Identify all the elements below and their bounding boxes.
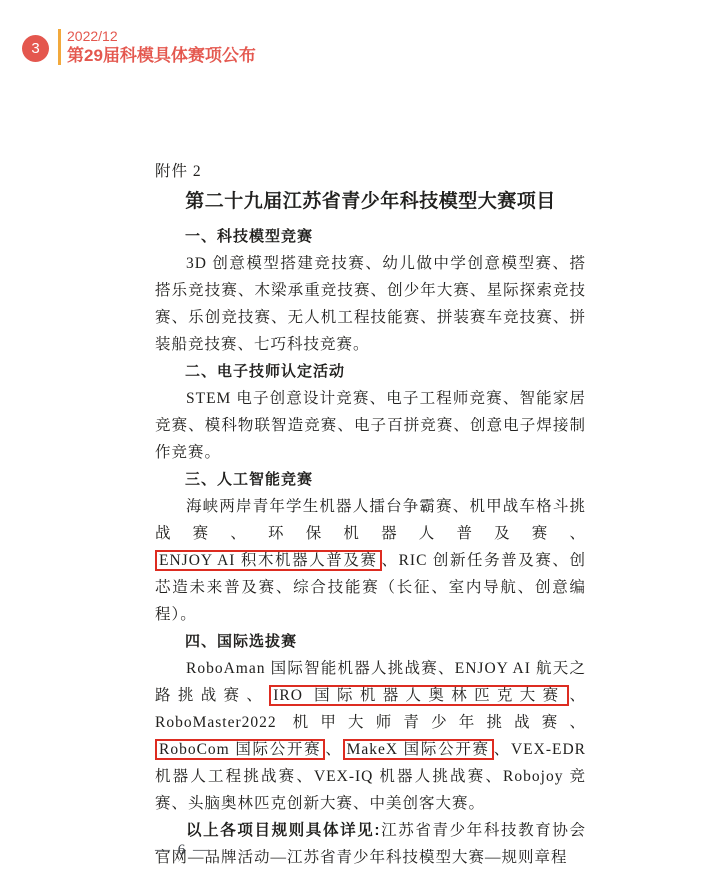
highlight-box: MakeX 国际公开赛 [343, 739, 494, 760]
section-heading: 二、电子技师认定活动 [155, 358, 586, 385]
item-number-badge: 3 [22, 35, 49, 62]
document-sections: 一、科技模型竞赛3D 创意模型搭建竞技赛、幼儿做中学创意模型赛、搭搭乐竞技赛、木… [155, 223, 586, 817]
paragraph-text: 、 [325, 741, 342, 758]
attachment-label: 附件 2 [155, 158, 586, 185]
paragraph-text: STEM 电子创意设计竞赛、电子工程师竞赛、智能家居竞赛、模科物联智造竞赛、电子… [155, 390, 586, 461]
rules-note-paragraph: 以上各项目规则具体详见:江苏省青少年科技教育协会官网—品牌活动—江苏省青少年科技… [155, 817, 586, 871]
rules-note-lead: 以上各项目规则具体详见: [186, 822, 381, 839]
paragraph-text: 海峡两岸青年学生机器人擂台争霸赛、机甲战车格斗挑战赛、环保机器人普及赛、 [155, 498, 586, 542]
section-paragraph: STEM 电子创意设计竞赛、电子工程师竞赛、智能家居竞赛、模科物联智造竞赛、电子… [155, 385, 586, 466]
page-header: 3 2022/12 第29届科模具体赛项公布 [22, 28, 256, 66]
section-heading: 一、科技模型竞赛 [155, 223, 586, 250]
section-paragraph: RoboAman 国际智能机器人挑战赛、ENJOY AI 航天之路挑战赛、IRO… [155, 655, 586, 817]
page: { "header": { "badge": "3", "date": "202… [0, 0, 721, 890]
highlight-box: RoboCom 国际公开赛 [155, 739, 325, 760]
page-number: — 6 — [155, 840, 210, 860]
document-title: 第二十九届江苏省青少年科技模型大赛项目 [155, 187, 586, 217]
header-date: 2022/12 [67, 28, 256, 45]
document-page: 附件 2 第二十九届江苏省青少年科技模型大赛项目 一、科技模型竞赛3D 创意模型… [155, 158, 586, 871]
section: 四、国际选拔赛RoboAman 国际智能机器人挑战赛、ENJOY AI 航天之路… [155, 628, 586, 817]
section-paragraph: 3D 创意模型搭建竞技赛、幼儿做中学创意模型赛、搭搭乐竞技赛、木梁承重竞技赛、创… [155, 250, 586, 358]
section-heading: 三、人工智能竞赛 [155, 466, 586, 493]
section-paragraph: 海峡两岸青年学生机器人擂台争霸赛、机甲战车格斗挑战赛、环保机器人普及赛、ENJO… [155, 493, 586, 628]
header-text-block: 2022/12 第29届科模具体赛项公布 [67, 28, 256, 66]
header-title: 第29届科模具体赛项公布 [67, 45, 256, 66]
highlight-box: IRO 国际机器人奥林匹克大赛 [269, 685, 569, 706]
accent-divider [58, 29, 61, 65]
section: 三、人工智能竞赛海峡两岸青年学生机器人擂台争霸赛、机甲战车格斗挑战赛、环保机器人… [155, 466, 586, 628]
section: 二、电子技师认定活动STEM 电子创意设计竞赛、电子工程师竞赛、智能家居竞赛、模… [155, 358, 586, 466]
section: 一、科技模型竞赛3D 创意模型搭建竞技赛、幼儿做中学创意模型赛、搭搭乐竞技赛、木… [155, 223, 586, 358]
highlight-box: ENJOY AI 积木机器人普及赛 [155, 550, 382, 571]
section-heading: 四、国际选拔赛 [155, 628, 586, 655]
paragraph-text: 3D 创意模型搭建竞技赛、幼儿做中学创意模型赛、搭搭乐竞技赛、木梁承重竞技赛、创… [155, 255, 586, 353]
